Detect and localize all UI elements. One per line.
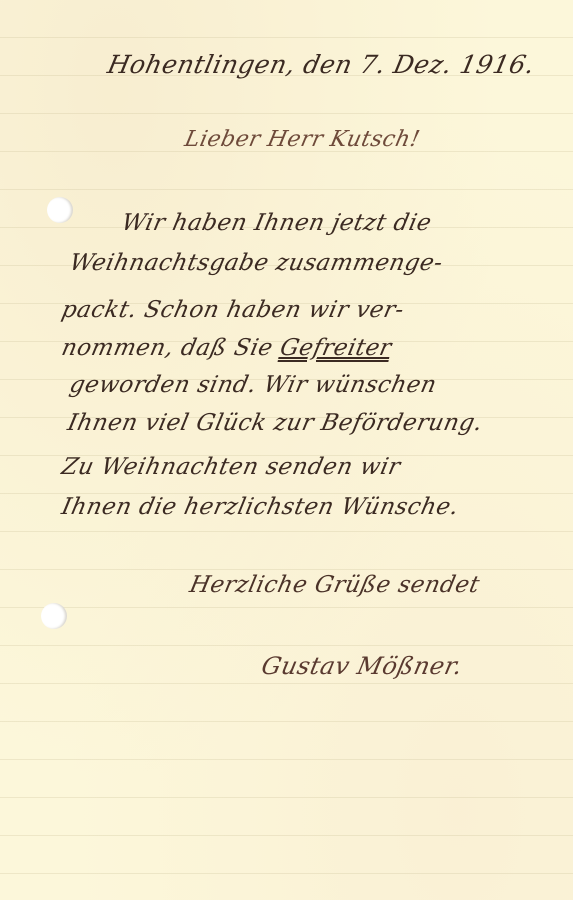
place-date-heading: Hohentlingen, den 7. Dez. 1916. [105, 50, 538, 79]
signature: Gustav Mößner. [259, 652, 465, 680]
body-line-4: nommen, daß Sie Gefreiter [59, 335, 394, 361]
underlined-rank: Gefreiter [278, 335, 394, 361]
body-line-3: packt. Schon haben wir ver- [59, 297, 406, 323]
body-line-8: Ihnen die herzlichsten Wünsche. [59, 494, 461, 520]
body-line-1: Wir haben Ihnen jetzt die [119, 210, 434, 236]
salutation: Lieber Herr Kutsch! [182, 127, 422, 152]
closing-line: Herzliche Grüße sendet [187, 572, 482, 598]
punch-hole-top [47, 197, 73, 223]
body-line-5: geworden sind. Wir wünschen [67, 372, 439, 398]
body-line-2: Weihnachtsgabe zusammenge- [67, 250, 445, 276]
body-line-7: Zu Weihnachten senden wir [59, 454, 403, 480]
body-line-4-text: nommen, daß Sie [59, 335, 283, 361]
punch-hole-bottom [41, 603, 67, 629]
body-line-6: Ihnen viel Glück zur Beförderung. [65, 410, 485, 436]
